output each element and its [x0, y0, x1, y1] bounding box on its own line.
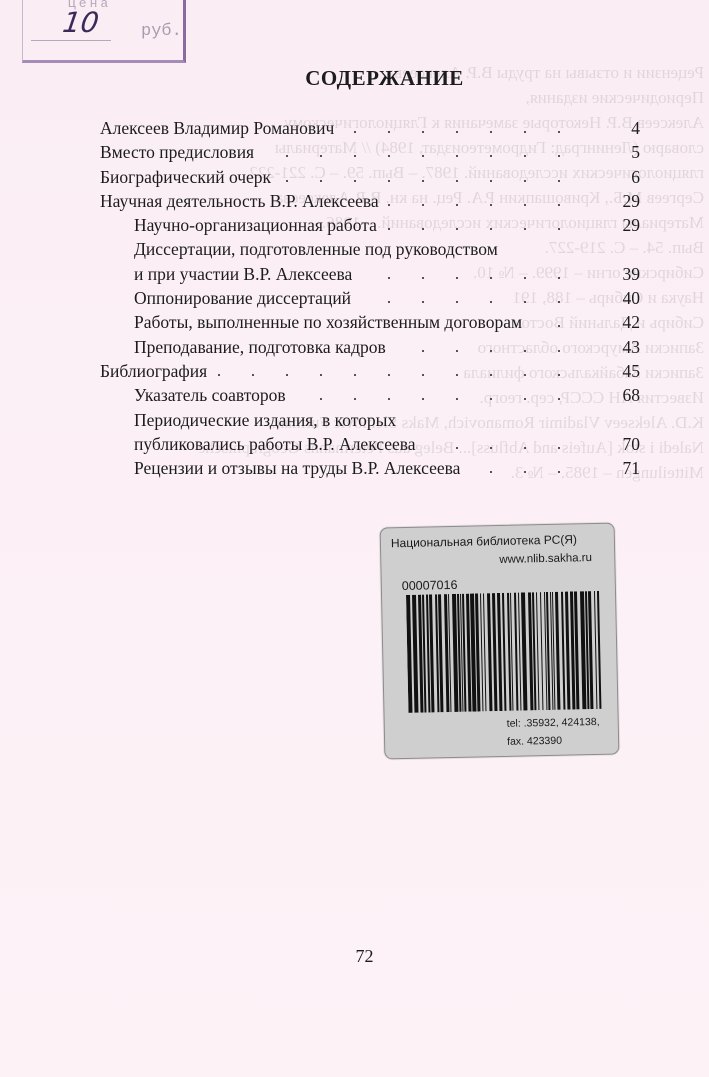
leader-dot [422, 131, 424, 133]
leader-dot [456, 350, 458, 352]
toc-entry: Вместо предисловия5 [100, 140, 640, 164]
toc-entry: публиковались работы В.Р. Алексеева70 [100, 432, 640, 456]
leader-dot [388, 131, 390, 133]
leader-dot [558, 180, 560, 182]
leader-dot [286, 374, 288, 376]
price-value: 10 [61, 6, 101, 39]
table-of-contents: Алексеев Владимир Романович4Вместо преди… [100, 116, 640, 480]
leader-dot [490, 447, 492, 449]
toc-entry-page: 4 [600, 116, 640, 140]
leader-dot [490, 131, 492, 133]
library-url: www.nlib.sakha.ru [499, 552, 592, 566]
leader-dot [456, 131, 458, 133]
leader-dot [354, 398, 356, 400]
leader-dot [422, 228, 424, 230]
toc-entry-page: 6 [600, 165, 640, 189]
leader-dot [388, 204, 390, 206]
leader-dot [524, 471, 526, 473]
leader-dot [388, 374, 390, 376]
leader-dot [422, 180, 424, 182]
toc-entry: Рецензии и отзывы на труды В.Р. Алексеев… [100, 456, 640, 480]
leader-dot [558, 277, 560, 279]
toc-entry-page: 29 [600, 213, 640, 237]
leader-dot [388, 180, 390, 182]
leader-dot [388, 277, 390, 279]
leader-dot [354, 374, 356, 376]
leader-dot [422, 374, 424, 376]
leader-dot [422, 155, 424, 157]
leader-dot [388, 301, 390, 303]
toc-entry-page: 5 [600, 140, 640, 164]
leader-dot [524, 447, 526, 449]
toc-entry-page: 40 [600, 286, 640, 310]
toc-entry-page: 29 [600, 189, 640, 213]
dot-leader [100, 266, 570, 282]
leader-dot [422, 204, 424, 206]
dot-leader [100, 193, 570, 209]
dot-leader [100, 460, 570, 476]
toc-entry-page: 42 [600, 310, 640, 334]
leader-dot [524, 180, 526, 182]
dot-leader [100, 339, 570, 355]
leader-dot [456, 301, 458, 303]
toc-entry: Биографический очерк6 [100, 165, 640, 189]
leader-dot [422, 398, 424, 400]
leader-dot [558, 447, 560, 449]
leader-dot [524, 350, 526, 352]
leader-dot [524, 155, 526, 157]
dot-leader [100, 169, 570, 185]
dot-leader [100, 120, 570, 136]
leader-dot [558, 350, 560, 352]
price-stamp: Цена 10 руб. [22, 0, 186, 63]
dot-leader [100, 290, 570, 306]
leader-dot [524, 131, 526, 133]
book-page: Рецензии и отзывы на труды В.Р. Алексеев… [0, 0, 709, 1077]
leader-dot [490, 374, 492, 376]
leader-dot [558, 471, 560, 473]
leader-dot [388, 155, 390, 157]
toc-entry: Библиография45 [100, 359, 640, 383]
leader-dot [558, 204, 560, 206]
leader-dot [218, 374, 220, 376]
dot-leader [100, 217, 570, 233]
toc-entry-page: 43 [600, 335, 640, 359]
leader-dot [422, 350, 424, 352]
leader-dot [490, 204, 492, 206]
leader-dot [558, 228, 560, 230]
leader-dot [558, 155, 560, 157]
price-unit: руб. [141, 22, 182, 41]
dot-leader [100, 144, 570, 160]
dot-leader [100, 363, 570, 379]
leader-dot [456, 277, 458, 279]
leader-dot [354, 155, 356, 157]
leader-dot [320, 180, 322, 182]
toc-entry: Периодические издания, в которых [100, 408, 640, 432]
leader-dot [320, 155, 322, 157]
leader-dot [558, 325, 560, 327]
leader-dot [320, 398, 322, 400]
leader-dot [354, 180, 356, 182]
leader-dot [524, 204, 526, 206]
library-fax: fax. 423390 [507, 735, 562, 748]
toc-entry: Преподавание, подготовка кадров43 [100, 335, 640, 359]
leader-dot [490, 301, 492, 303]
toc-entry: Работы, выполненные по хозяйственным дог… [100, 310, 640, 334]
leader-dot [422, 301, 424, 303]
toc-entry: Алексеев Владимир Романович4 [100, 116, 640, 140]
leader-dot [456, 374, 458, 376]
toc-entry-page: 45 [600, 359, 640, 383]
toc-entry-page: 71 [600, 456, 640, 480]
leader-dot [490, 155, 492, 157]
leader-dot [252, 374, 254, 376]
leader-dot [490, 228, 492, 230]
leader-dot [490, 277, 492, 279]
leader-dot [558, 301, 560, 303]
toc-entry-page: 39 [600, 262, 640, 286]
leader-dot [490, 180, 492, 182]
toc-entry-page: 68 [600, 383, 640, 407]
dot-leader [100, 436, 570, 452]
dot-leader [100, 314, 570, 330]
leader-dot [456, 180, 458, 182]
leader-dot [524, 398, 526, 400]
leader-dot [558, 131, 560, 133]
toc-entry: Научно-организационная работа29 [100, 213, 640, 237]
leader-dot [456, 155, 458, 157]
toc-entry: Указатель соавторов68 [100, 383, 640, 407]
leader-dot [456, 228, 458, 230]
leader-dot [422, 277, 424, 279]
leader-dot [456, 398, 458, 400]
toc-entry-page: 70 [600, 432, 640, 456]
leader-dot [524, 277, 526, 279]
inventory-code: 00007016 [402, 578, 458, 593]
toc-entry: Диссертации, подготовленные под руководс… [100, 237, 640, 261]
leader-dot [388, 228, 390, 230]
leader-dot [490, 471, 492, 473]
leader-dot [320, 374, 322, 376]
toc-entry-title: Диссертации, подготовленные под руководс… [134, 237, 498, 261]
dot-leader [100, 387, 570, 403]
leader-dot [456, 204, 458, 206]
leader-dot [524, 228, 526, 230]
page-number: 72 [0, 946, 709, 967]
leader-dot [388, 398, 390, 400]
leader-dot [456, 447, 458, 449]
price-stamp-line [31, 40, 111, 41]
leader-dot [524, 374, 526, 376]
leader-dot [558, 374, 560, 376]
leader-dot [524, 301, 526, 303]
leader-dot [490, 398, 492, 400]
toc-entry: и при участии В.Р. Алексеева39 [100, 262, 640, 286]
leader-dot [558, 398, 560, 400]
leader-dot [354, 131, 356, 133]
toc-entry: Научная деятельность В.Р. Алексеева29 [100, 189, 640, 213]
library-phone: tel: .35932, 424138, [507, 716, 600, 730]
library-name: Национальная библиотека РС(Я) [391, 532, 577, 550]
barcode-icon [406, 591, 604, 713]
page-title: СОДЕРЖАНИЕ [0, 66, 709, 91]
leader-dot [490, 350, 492, 352]
library-barcode-sticker: Национальная библиотека РС(Я) www.nlib.s… [380, 523, 620, 760]
leader-dot [286, 155, 288, 157]
leader-dot [286, 180, 288, 182]
toc-entry-title: Периодические издания, в которых [134, 408, 396, 432]
toc-entry: Оппонирование диссертаций40 [100, 286, 640, 310]
